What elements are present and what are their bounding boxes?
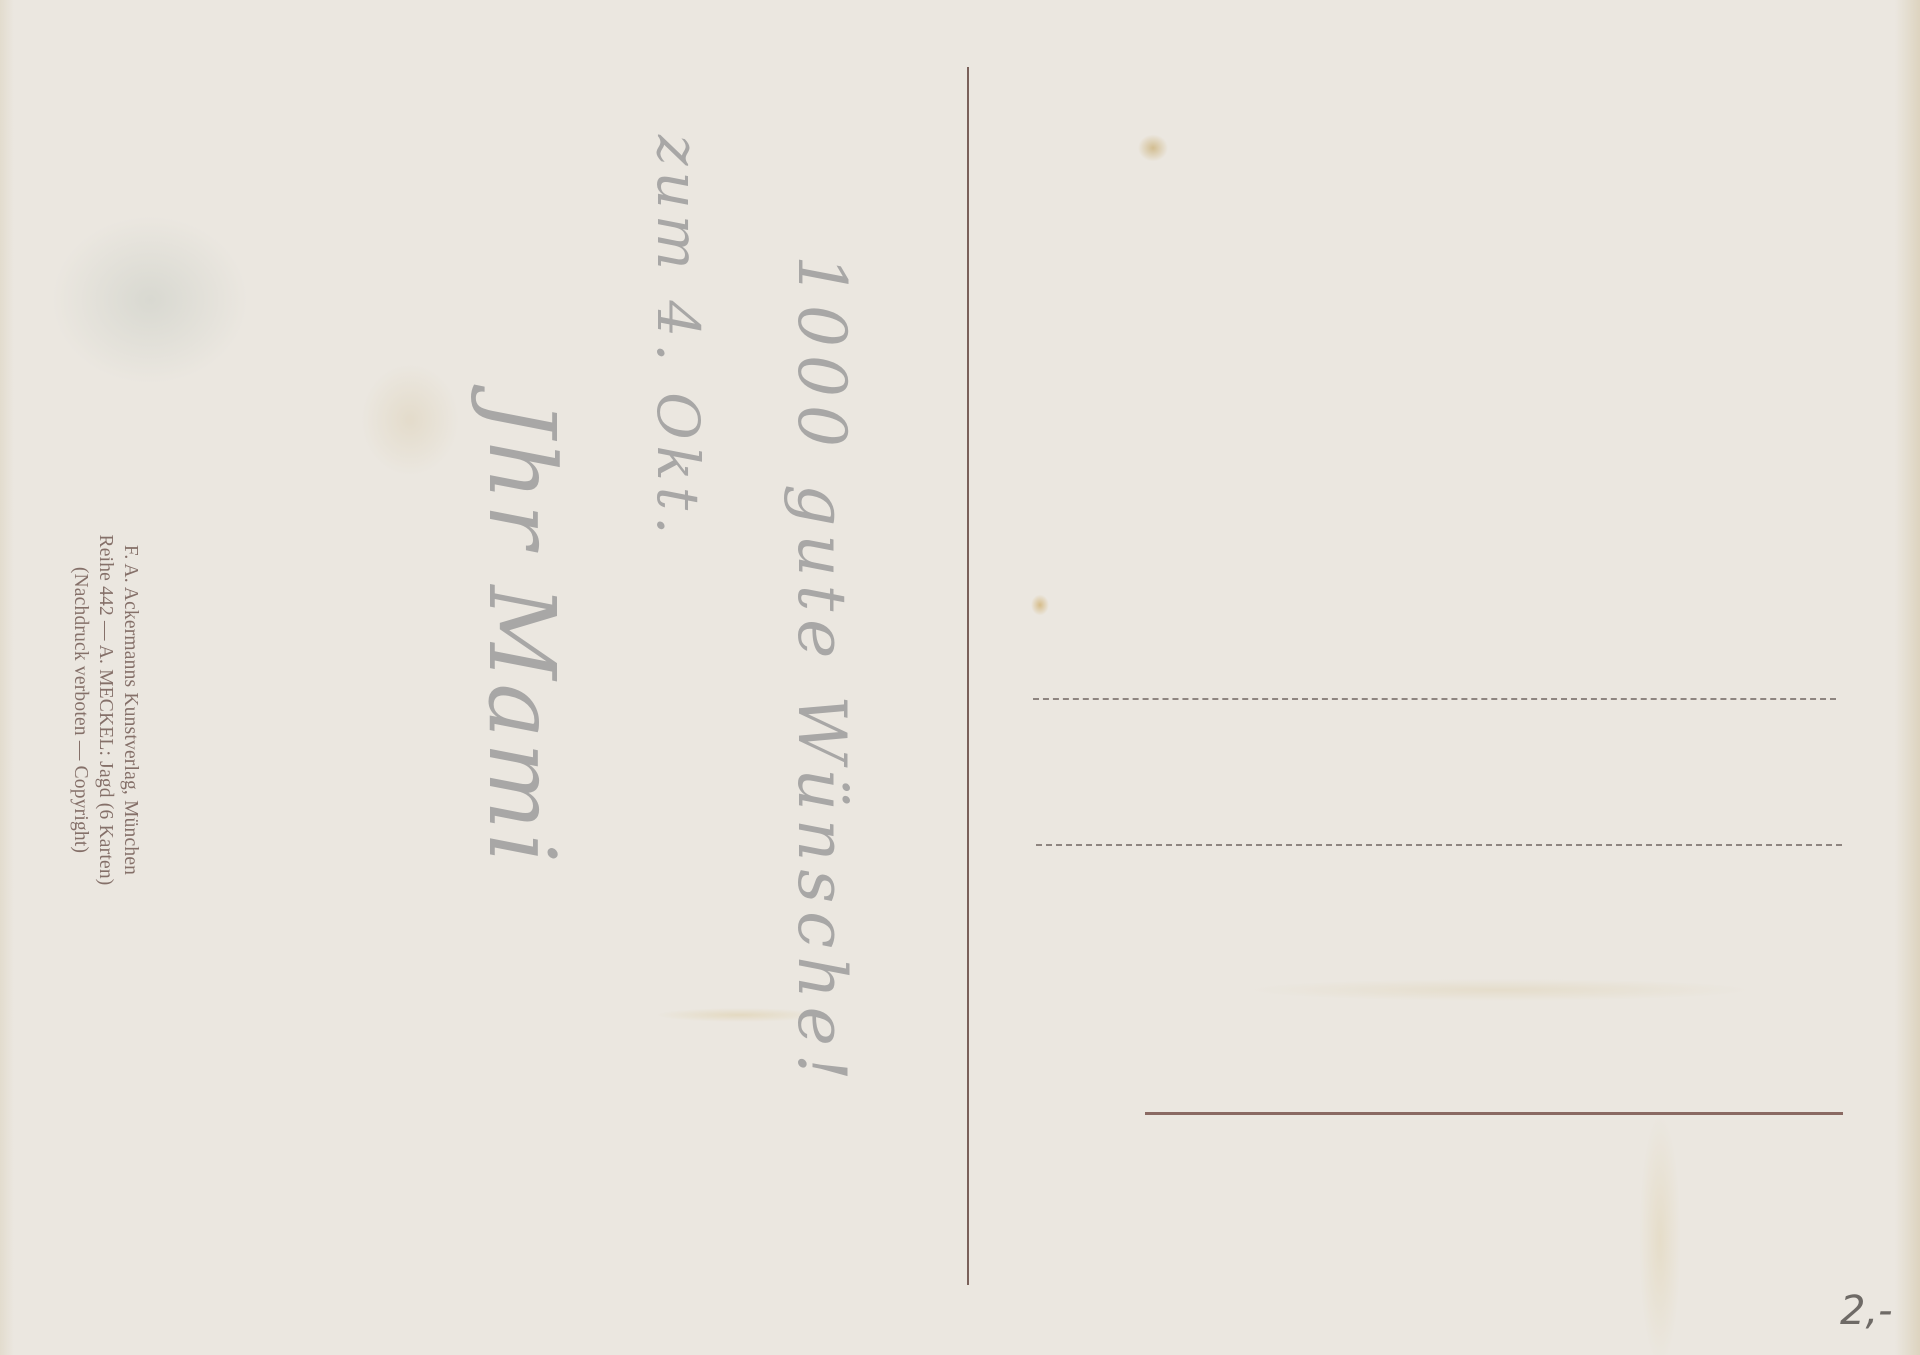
message-address-divider [967,67,969,1285]
handwritten-signature: Jhr Mami [468,400,575,867]
address-line-dotted-1 [1033,698,1836,700]
postcard-back: F. A. Ackermanns Kunstverlag, München Re… [0,0,1920,1355]
handwritten-greeting: 1000 gute Wünsche! [783,255,860,1088]
imprint-line-publisher: F. A. Ackermanns Kunstverlag, München [118,415,143,1005]
address-line-solid [1145,1112,1843,1115]
handwritten-date: zum 4. Okt. [644,135,712,541]
imprint-line-series: Reihe 442 — A. MECKEL: Jagd (6 Karten) [93,415,118,1005]
pencil-price-mark: 2,- [1840,1288,1893,1334]
publisher-imprint: F. A. Ackermanns Kunstverlag, München Re… [68,415,143,1005]
imprint-line-copyright: (Nachdruck verboten — Copyright) [68,415,93,1005]
address-line-dotted-2 [1036,844,1842,846]
